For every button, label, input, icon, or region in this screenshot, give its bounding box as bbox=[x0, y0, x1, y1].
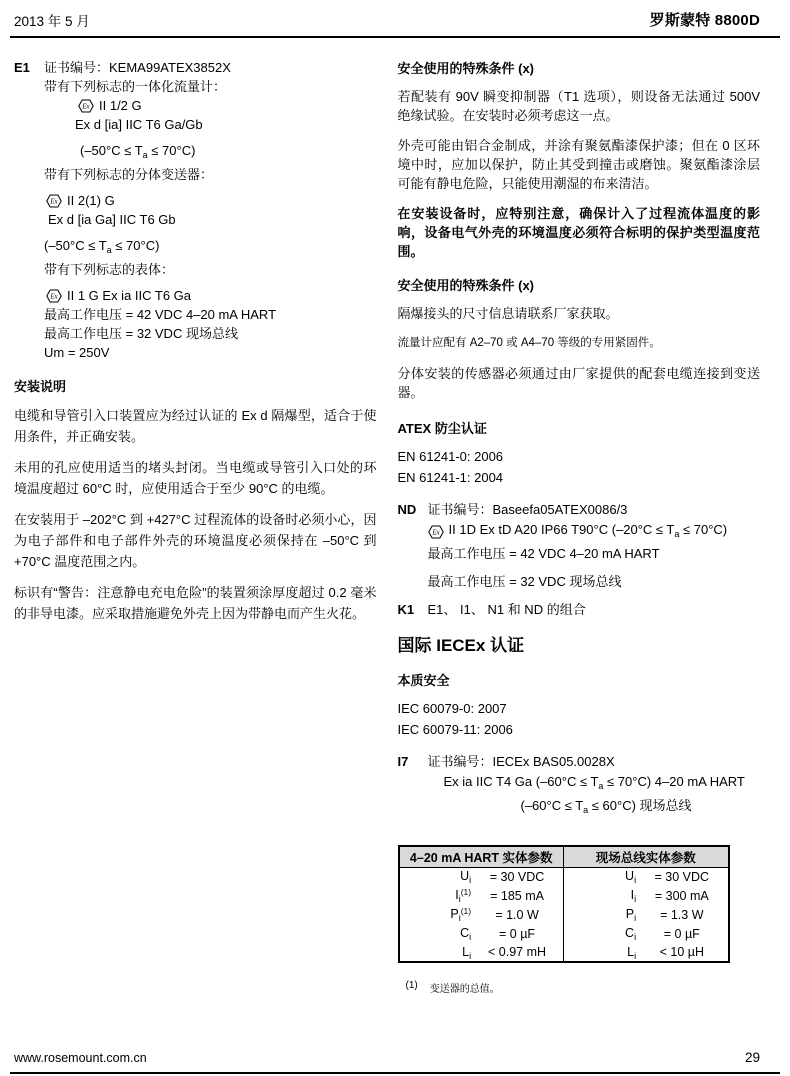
e1-integral-intro: 带有下列标志的一体化流量计： bbox=[44, 77, 377, 96]
i7-marking-fieldbus: (–60°C ≤ Ta ≤ 60°C) 现场总线 bbox=[428, 796, 761, 820]
cert-section-k1: K1 E1、 I1、 N1 和 ND 的组合 bbox=[398, 600, 761, 620]
hart-symbol: Ci bbox=[399, 924, 472, 943]
fieldbus-symbol: Ui bbox=[563, 867, 636, 886]
cert-i7-body: 证书编号：IECEx BAS05.0028X Ex ia IIC T4 Ga (… bbox=[428, 752, 761, 820]
hart-value: = 30 VDC bbox=[471, 867, 563, 886]
cert-section-nd: ND 证书编号：Baseefa05ATEX0086/3 Ex II 1D Ex … bbox=[398, 500, 761, 592]
e1-remote-group: II 2(1) G bbox=[67, 191, 115, 210]
footnote-number: (1) bbox=[406, 980, 418, 995]
install-paragraph-3: 在安装用于 –202°C 到 +427°C 过程流体的设备时必须小心，因为电子部… bbox=[14, 509, 377, 572]
entity-parameters-table: 4–20 mA HART 实体参数 现场总线实体参数 Ui = 30 VDC U… bbox=[398, 845, 730, 963]
e1-remote-marking: Ex d [ia Ga] IIC T6 Gb bbox=[44, 210, 377, 229]
table-row: Ci = 0 µF Ci = 0 µF bbox=[399, 924, 729, 943]
e1-integral-group-line: Ex II 1/2 G bbox=[44, 96, 377, 115]
nd-max-voltage-hart: 最高工作电压 = 42 VDC 4–20 mA HART bbox=[428, 544, 761, 564]
fasteners-note: 流量计应配有 A2–70 或 A4–70 等级的专用紧固件。 bbox=[398, 334, 761, 353]
entity-parameters-table-wrap: 4–20 mA HART 实体参数 现场总线实体参数 Ui = 30 VDC U… bbox=[398, 845, 730, 995]
e1-um-value: Um = 250V bbox=[44, 343, 377, 362]
e1-cert-number: 证书编号：KEMA99ATEX3852X bbox=[44, 58, 377, 77]
special-conditions-heading-1: 安全使用的特殊条件 (x) bbox=[398, 58, 761, 77]
iecex-section-heading: 国际 IECEx 认证 bbox=[398, 631, 761, 656]
atex-standard-en61241-1: EN 61241-1: 2004 bbox=[398, 468, 761, 488]
fieldbus-params-header: 现场总线实体参数 bbox=[563, 846, 728, 867]
nd-marking: II 1D Ex tD A20 IP66 T90°C (–20°C ≤ Ta ≤… bbox=[449, 520, 728, 544]
special-conditions-paragraph-1: 若配装有 90V 瞬变抑制器（T1 选项），则设备无法通过 500V 绝缘试验。… bbox=[398, 87, 761, 125]
hart-value: < 0.97 mH bbox=[471, 943, 563, 962]
hart-symbol: Ui bbox=[399, 867, 472, 886]
cert-section-i7: I7 证书编号：IECEx BAS05.0028X Ex ia IIC T4 G… bbox=[398, 752, 761, 820]
fieldbus-value: < 10 µH bbox=[636, 943, 728, 962]
flameproof-joints-note: 隔爆接头的尺寸信息请联系厂家获取。 bbox=[398, 304, 761, 323]
special-conditions-paragraph-2: 外壳可能由铝合金制成，并涂有聚氨酯漆保护漆；但在 0 区环境中时，应加以保护，防… bbox=[398, 136, 761, 193]
e1-integral-group: II 1/2 G bbox=[99, 96, 142, 115]
footer-url-link[interactable]: www.rosemount.com.cn bbox=[14, 1051, 147, 1065]
special-conditions-heading-2: 安全使用的特殊条件 (x) bbox=[398, 275, 761, 294]
cert-code-nd: ND bbox=[398, 500, 428, 592]
fieldbus-symbol: Ci bbox=[563, 924, 636, 943]
fieldbus-symbol: Ii bbox=[563, 886, 636, 905]
cert-section-e1: E1 证书编号：KEMA99ATEX3852X 带有下列标志的一体化流量计： E… bbox=[14, 58, 377, 362]
e1-remote-temp-range: (–50°C ≤ Ta ≤ 70°C) bbox=[44, 236, 377, 260]
hart-params-header: 4–20 mA HART 实体参数 bbox=[399, 846, 564, 867]
table-row: Ui = 30 VDC Ui = 30 VDC bbox=[399, 867, 729, 886]
fieldbus-value: = 300 mA bbox=[636, 886, 728, 905]
hart-symbol: Pi(1) bbox=[399, 905, 472, 924]
atex-standard-en61241-0: EN 61241-0: 2006 bbox=[398, 447, 761, 467]
header-product-title: 罗斯蒙特 8800D bbox=[650, 9, 760, 30]
install-paragraph-1: 电缆和导管引入口装置应为经过认证的 Ex d 隔爆型，适合于使用条件，并正确安装… bbox=[14, 405, 377, 447]
e1-integral-marking: Ex d [ia] IIC T6 Ga/Gb bbox=[44, 115, 377, 134]
hart-value: = 1.0 W bbox=[471, 905, 563, 924]
fieldbus-value: = 0 µF bbox=[636, 924, 728, 943]
svg-text:Ex: Ex bbox=[49, 293, 57, 300]
svg-text:Ex: Ex bbox=[81, 103, 89, 110]
intrinsic-safety-heading: 本质安全 bbox=[398, 670, 761, 689]
nd-max-voltage-fieldbus: 最高工作电压 = 32 VDC 现场总线 bbox=[428, 572, 761, 592]
k1-combination-text: E1、 I1、 N1 和 ND 的组合 bbox=[428, 600, 761, 620]
e1-body-group-line: Ex II 1 G Ex ia IIC T6 Ga bbox=[44, 286, 377, 305]
i7-cert-number: 证书编号：IECEx BAS05.0028X bbox=[428, 752, 761, 772]
cert-e1-body: 证书编号：KEMA99ATEX3852X 带有下列标志的一体化流量计： Ex I… bbox=[44, 58, 377, 362]
iec-standard-60079-11: IEC 60079-11: 2006 bbox=[398, 720, 761, 740]
atex-ex-hexagon-icon: Ex bbox=[46, 194, 62, 208]
fieldbus-value: = 30 VDC bbox=[636, 867, 728, 886]
install-paragraph-2: 未用的孔应使用适当的堵头封闭。当电缆或导管引入口处的环境温度超过 60°C 时，… bbox=[14, 457, 377, 499]
svg-text:Ex: Ex bbox=[431, 529, 439, 536]
table-header-row: 4–20 mA HART 实体参数 现场总线实体参数 bbox=[399, 846, 729, 867]
footnote-text: 变送器的总值。 bbox=[430, 980, 500, 995]
header-date: 2013 年 5 月 bbox=[14, 10, 90, 30]
right-column: 安全使用的特殊条件 (x) 若配装有 90V 瞬变抑制器（T1 选项），则设备无… bbox=[398, 58, 761, 995]
e1-remote-group-line: Ex II 2(1) G bbox=[44, 191, 377, 210]
e1-body-group: II 1 G Ex ia IIC T6 Ga bbox=[67, 286, 191, 305]
fieldbus-symbol: Pi bbox=[563, 905, 636, 924]
e1-remote-intro: 带有下列标志的分体变送器： bbox=[44, 165, 377, 184]
page-header: 2013 年 5 月 罗斯蒙特 8800D bbox=[10, 0, 780, 38]
install-instructions-heading: 安装说明 bbox=[14, 376, 377, 395]
cert-code-i7: I7 bbox=[398, 752, 428, 820]
e1-max-voltage-fieldbus: 最高工作电压 = 32 VDC 现场总线 bbox=[44, 324, 377, 343]
svg-text:Ex: Ex bbox=[49, 198, 57, 205]
hart-value: = 0 µF bbox=[471, 924, 563, 943]
fieldbus-value: = 1.3 W bbox=[636, 905, 728, 924]
install-paragraph-4: 标识有“警告：注意静电充电危险”的装置须涂厚度超过 0.2 毫米的非导电漆。应采… bbox=[14, 582, 377, 624]
footer-page-number: 29 bbox=[745, 1050, 760, 1065]
i7-marking-hart: Ex ia IIC T4 Ga (–60°C ≤ Ta ≤ 70°C) 4–20… bbox=[428, 772, 761, 796]
atex-ex-hexagon-icon: Ex bbox=[428, 525, 444, 539]
cert-code-k1: K1 bbox=[398, 600, 428, 620]
cert-code-e1: E1 bbox=[14, 58, 44, 362]
atex-dust-heading: ATEX 防尘认证 bbox=[398, 418, 761, 437]
hart-value: = 185 mA bbox=[471, 886, 563, 905]
content-columns: E1 证书编号：KEMA99ATEX3852X 带有下列标志的一体化流量计： E… bbox=[0, 38, 790, 995]
special-conditions-paragraph-3: 在安装设备时，应特别注意，确保计入了过程流体温度的影响，设备电气外壳的环境温度必… bbox=[398, 204, 761, 261]
fieldbus-symbol: Li bbox=[563, 943, 636, 962]
atex-ex-hexagon-icon: Ex bbox=[78, 99, 94, 113]
table-row: Ii(1) = 185 mA Ii = 300 mA bbox=[399, 886, 729, 905]
e1-body-intro: 带有下列标志的表体： bbox=[44, 260, 377, 279]
page-footer: www.rosemount.com.cn 29 bbox=[10, 1050, 780, 1074]
table-row: Pi(1) = 1.0 W Pi = 1.3 W bbox=[399, 905, 729, 924]
e1-max-voltage-hart: 最高工作电压 = 42 VDC 4–20 mA HART bbox=[44, 305, 377, 324]
remote-sensor-cable-note: 分体安装的传感器必须通过由厂家提供的配套电缆连接到变送器。 bbox=[398, 364, 761, 402]
e1-integral-temp-range: (–50°C ≤ Ta ≤ 70°C) bbox=[44, 141, 377, 165]
atex-ex-hexagon-icon: Ex bbox=[46, 289, 62, 303]
nd-marking-line: Ex II 1D Ex tD A20 IP66 T90°C (–20°C ≤ T… bbox=[428, 520, 761, 544]
cert-nd-body: 证书编号：Baseefa05ATEX0086/3 Ex II 1D Ex tD … bbox=[428, 500, 761, 592]
table-row: Li < 0.97 mH Li < 10 µH bbox=[399, 943, 729, 962]
hart-symbol: Ii(1) bbox=[399, 886, 472, 905]
left-column: E1 证书编号：KEMA99ATEX3852X 带有下列标志的一体化流量计： E… bbox=[14, 58, 377, 995]
iec-standard-60079-0: IEC 60079-0: 2007 bbox=[398, 699, 761, 719]
table-footnote: (1) 变送器的总值。 bbox=[398, 980, 730, 995]
document-page: 2013 年 5 月 罗斯蒙特 8800D E1 证书编号：KEMA99ATEX… bbox=[0, 0, 790, 1076]
hart-symbol: Li bbox=[399, 943, 472, 962]
nd-cert-number: 证书编号：Baseefa05ATEX0086/3 bbox=[428, 500, 761, 520]
